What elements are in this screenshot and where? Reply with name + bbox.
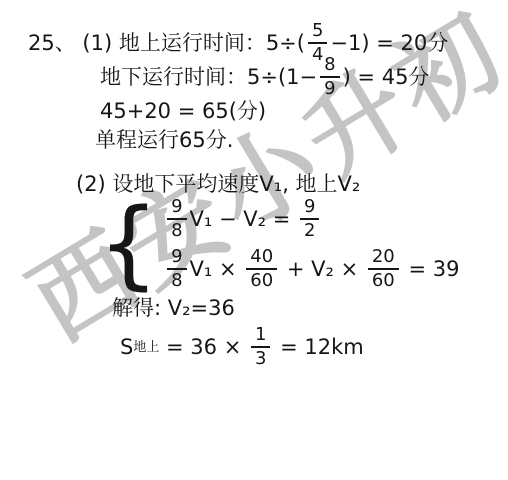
fraction-20-60: 20 60 [368, 248, 399, 290]
text-segment: ) = 45分 [343, 64, 430, 90]
numerator: 8 [320, 56, 339, 78]
fraction-1-3: 1 3 [251, 326, 270, 368]
text-segment: 25、 (1) 地上运行时间：5÷( [28, 30, 305, 56]
text-segment: 45+20 = 65(分) [100, 98, 266, 124]
fraction-9-8: 9 8 [167, 198, 186, 240]
denominator: 9 [320, 78, 339, 98]
text-segment: −1) = 20分 [330, 30, 448, 56]
text-segment: = 36 × [159, 334, 248, 360]
denominator: 2 [300, 220, 319, 240]
text-segment: = 39 [402, 257, 460, 281]
line-distance-result: S 地上 = 36 × 1 3 = 12km [120, 326, 364, 368]
text-segment: 单程运行65分. [95, 127, 233, 153]
line-total-minutes: 45+20 = 65(分) [100, 98, 266, 124]
line-one-way-conclusion: 单程运行65分. [95, 127, 233, 153]
numerator: 9 [167, 198, 186, 220]
equation-1: 9 8 V₁ − V₂ = 9 2 [164, 198, 459, 240]
subscript-surface: 地上 [133, 341, 159, 354]
denominator: 60 [368, 270, 399, 290]
numerator: 9 [167, 248, 186, 270]
handwritten-solution-page: 西安小升初 25、 (1) 地上运行时间：5÷( 5 4 −1) = 20分 地… [0, 0, 508, 480]
numerator: 40 [246, 248, 277, 270]
fraction-9-2: 9 2 [300, 198, 319, 240]
line-underground-run-time: 地下运行时间：5÷(1− 8 9 ) = 45分 [100, 56, 429, 98]
equation-system: { 9 8 V₁ − V₂ = 9 2 9 8 V₁ × [98, 196, 459, 292]
fraction-8-9: 8 9 [320, 56, 339, 98]
system-brace: { [98, 196, 159, 292]
text-segment: 地下运行时间：5÷(1− [100, 64, 317, 90]
equation-column: 9 8 V₁ − V₂ = 9 2 9 8 V₁ × 40 60 [164, 198, 459, 290]
fraction-9-8: 9 8 [167, 248, 186, 290]
denominator: 60 [246, 270, 277, 290]
equation-2: 9 8 V₁ × 40 60 + V₂ × 20 60 = 39 [164, 248, 459, 290]
text-segment: V₁ − V₂ = [190, 207, 297, 231]
denominator: 3 [251, 348, 270, 368]
denominator: 8 [167, 270, 186, 290]
numerator: 20 [368, 248, 399, 270]
numerator: 9 [300, 198, 319, 220]
numerator: 1 [251, 326, 270, 348]
text-segment: + V₂ × [280, 257, 365, 281]
text-segment: 解得: V₂=36 [112, 295, 235, 321]
text-segment: S [120, 334, 133, 360]
fraction-40-60: 40 60 [246, 248, 277, 290]
line-solve-result: 解得: V₂=36 [112, 295, 235, 321]
text-segment: = 12km [273, 334, 363, 360]
numerator: 5 [308, 22, 327, 44]
denominator: 8 [167, 220, 186, 240]
text-segment: V₁ × [190, 257, 244, 281]
